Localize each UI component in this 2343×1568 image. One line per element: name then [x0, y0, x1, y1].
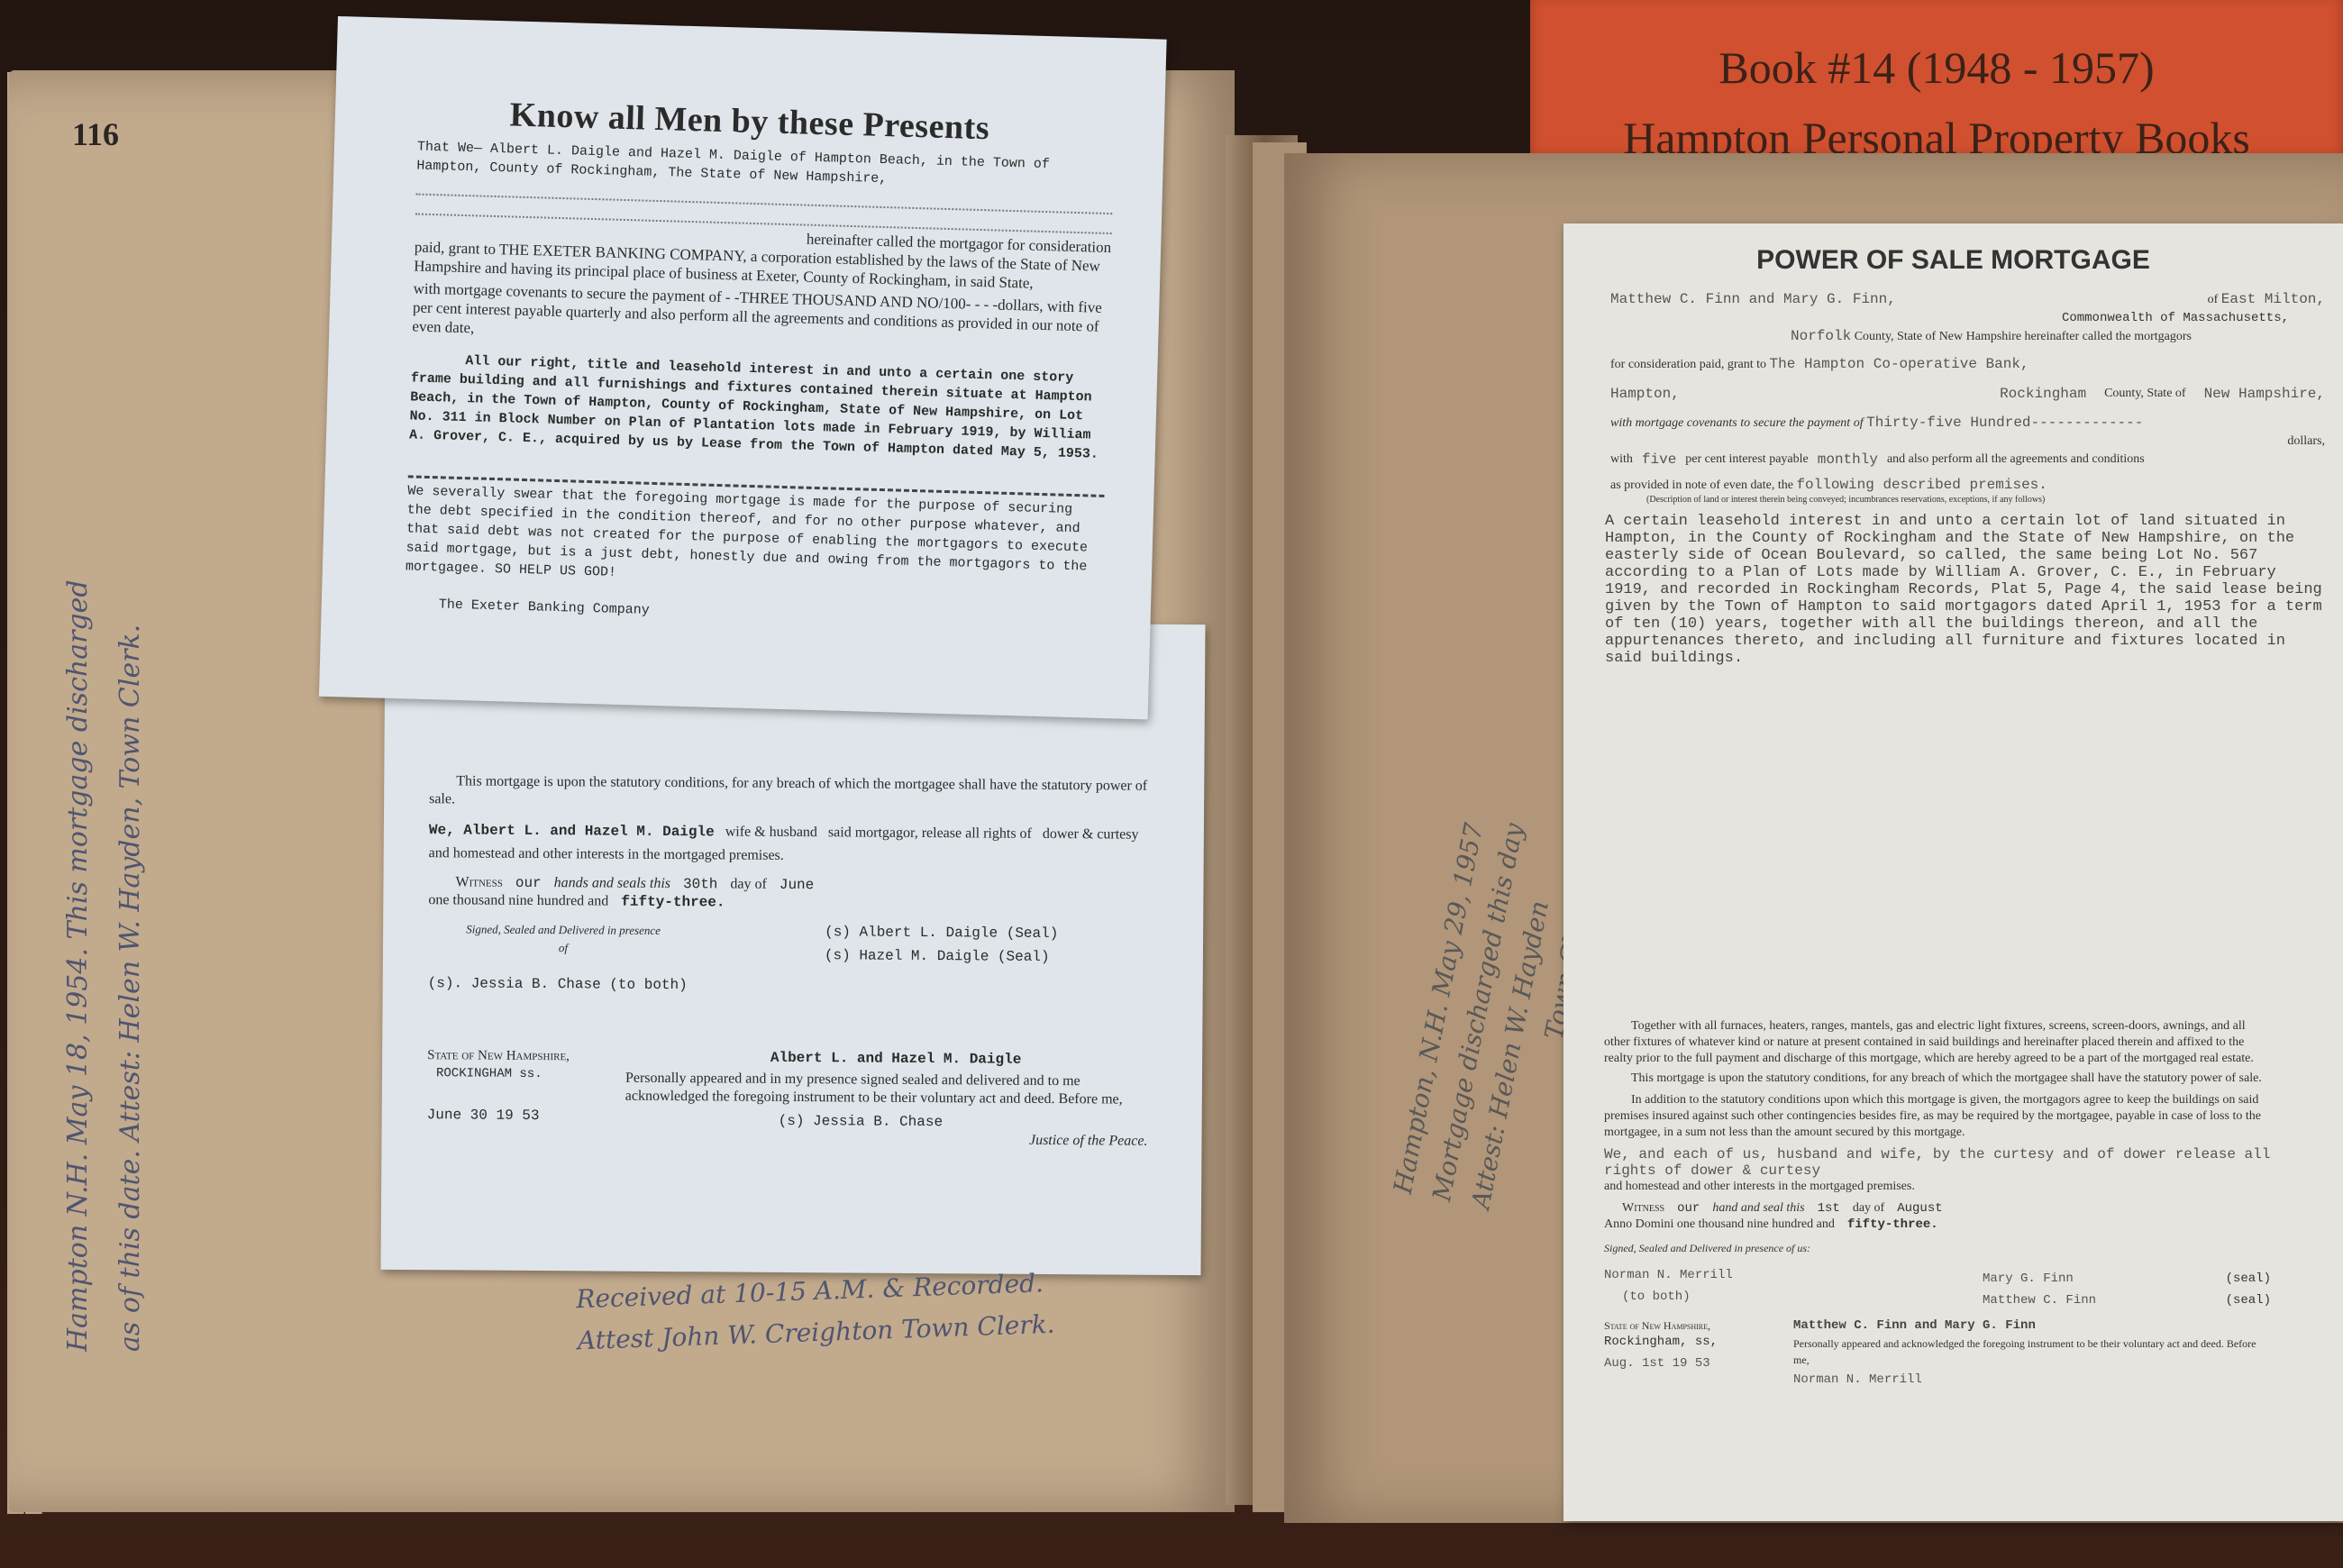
release-rights: dower & curtesy: [1043, 825, 1139, 844]
ack-county: Rockingham, ss,: [1604, 1334, 1784, 1350]
premises-description: All our right, title and leasehold inter…: [409, 350, 1108, 464]
commonwealth: Commonwealth of Massachusetts,: [1610, 309, 2325, 327]
grantee-state: New Hampshire,: [2204, 385, 2325, 403]
signature-mary: Mary G. Finn: [1983, 1271, 2074, 1287]
homestead-clause: and homestead and other interests in the…: [1604, 1179, 2271, 1195]
binder-title-line1: Book #14 (1948 - 1957): [1530, 41, 2343, 94]
witness-hand: hand and seal this: [1712, 1200, 1804, 1217]
ack-names: Albert L. and Hazel M. Daigle: [625, 1048, 1166, 1070]
year-label: one thousand nine hundred and: [428, 891, 608, 910]
ack-text: Personally appeared and in my presence s…: [625, 1070, 1166, 1109]
grantee-county: Rockingham: [2000, 385, 2086, 403]
grantee-town: Hampton,: [1610, 385, 1680, 403]
year-label: Anno Domini one thousand nine hundred an…: [1604, 1217, 1835, 1233]
following-described: following described premises.: [1796, 477, 2047, 493]
signature-albert: (s) Albert L. Daigle (Seal): [825, 923, 1167, 944]
together-clause: Together with all furnaces, heaters, ran…: [1604, 1018, 2271, 1067]
description-hint: (Description of land or interest therein…: [1610, 495, 2325, 506]
witness-day: 30th: [683, 875, 718, 893]
seal-label: (seal): [2226, 1271, 2271, 1287]
witness-month: June: [779, 876, 815, 894]
year-value: fifty-three.: [1847, 1217, 1938, 1233]
witness-label: Witness: [455, 873, 503, 891]
year-value: fifty-three.: [621, 893, 725, 912]
statutory-clause: This mortgage is upon the statutory cond…: [1604, 1071, 2271, 1087]
witness-dayof: day of: [730, 876, 767, 894]
witness-to-both: (to both): [1604, 1289, 1820, 1305]
binder-label: Book #14 (1948 - 1957) Hampton Personal …: [1530, 0, 2343, 162]
signature-matthew: Matthew C. Finn: [1983, 1292, 2096, 1308]
ack-county: ROCKINGHAM ss.: [427, 1064, 616, 1083]
premises-description: A certain leasehold interest in and unto…: [1605, 513, 2325, 667]
statutory-clause: This mortgage is upon the statutory cond…: [429, 772, 1168, 814]
ack-date: Aug. 1st 19 53: [1604, 1355, 1784, 1372]
witness-dayof: day of: [1853, 1200, 1884, 1217]
amount: Thirty-five Hundred-------------: [1866, 415, 2143, 431]
note-line: Hampton N.H. May 18, 1954. This mortgage…: [52, 180, 105, 1352]
payment-frequency: monthly: [1818, 451, 1878, 469]
signed-label: Signed, Sealed and Delivered in presence…: [1604, 1240, 1820, 1256]
ack-names: Matthew C. Finn and Mary G. Finn: [1793, 1317, 2271, 1334]
homestead-clause: and homestead and other interests in the…: [429, 844, 1168, 868]
covenants-label: with mortgage covenants to secure the pa…: [1610, 416, 1864, 430]
witness-signature: Norman N. Merrill: [1604, 1267, 1820, 1283]
county-state-label: County, State of: [2104, 385, 2185, 403]
witness-signature: (s). Jessia B. Chase (to both): [428, 974, 1167, 998]
seal-label: (seal): [2226, 1292, 2271, 1308]
mortgagors: Matthew C. Finn and Mary G. Finn,: [1610, 290, 1896, 309]
signed-label: Signed, Sealed and Delivered in presence…: [428, 920, 662, 963]
county-label: County, State of New Hampshire hereinaft…: [1855, 330, 2192, 343]
right-card-lower-section: Together with all furnaces, heaters, ran…: [1586, 1018, 2307, 1388]
card-title: POWER OF SALE MORTGAGE: [1564, 245, 2343, 276]
oath-clause: We severally swear that the foregoing mo…: [406, 481, 1105, 596]
release-names: We, Albert L. and Hazel M. Daigle: [429, 821, 715, 841]
grantee: The Hampton Co-operative Bank,: [1770, 356, 2029, 372]
signature-hazel: (s) Hazel M. Daigle (Seal): [825, 946, 1167, 967]
justice-title: Justice of the Peace.: [624, 1129, 1165, 1151]
dollars-label: dollars,: [1610, 433, 2325, 451]
rate-label: per cent interest payable: [1685, 451, 1808, 469]
mortgagor-county: Norfolk: [1791, 328, 1851, 344]
insurance-clause: In addition to the statutory conditions …: [1604, 1092, 2271, 1141]
release-text: said mortgagor, release all rights of: [828, 824, 1032, 843]
ack-state: State of New Hampshire,: [1604, 1317, 1784, 1334]
perform-label: and also perform all the agreements and …: [1887, 451, 2145, 469]
witness-our: our: [515, 874, 542, 892]
of-label: of: [2208, 293, 2219, 306]
witness-hand: hands and seals this: [554, 874, 670, 893]
interest-rate: five: [1642, 451, 1676, 469]
justice-signature: Norman N. Merrill: [1793, 1372, 2271, 1388]
release-relation: wife & husband: [725, 823, 817, 842]
mortgagor-town: East Milton,: [2221, 291, 2325, 307]
with-label: with: [1610, 451, 1633, 469]
note-label: as provided in note of even date, the: [1610, 479, 1793, 492]
ack-text: Personally appeared and acknowledged the…: [1793, 1336, 2271, 1368]
bank-name: The Exeter Banking Company: [439, 597, 1151, 632]
witness-label: Witness: [1622, 1200, 1664, 1217]
know-all-men-card: Know all Men by these Presents That We— …: [319, 16, 1167, 719]
release-clause: We, and each of us, husband and wife, by…: [1604, 1146, 2271, 1179]
witness-day: 1st: [1818, 1200, 1840, 1217]
witness-our: our: [1677, 1200, 1700, 1217]
note-line: as of this date. Attest: Helen W. Hayden…: [105, 180, 157, 1352]
grant-label: for consideration paid, grant to: [1610, 358, 1766, 371]
ack-state: State of New Hampshire,: [427, 1046, 616, 1065]
handwritten-received-note: Received at 10-15 A.M. & Recorded. Attes…: [576, 1263, 1056, 1362]
page-number: 116: [72, 115, 119, 153]
handwritten-discharge-note-left: Hampton N.H. May 18, 1954. This mortgage…: [52, 180, 157, 1352]
ack-date: June 30 19 53: [427, 1106, 616, 1125]
witness-month: August: [1897, 1200, 1942, 1217]
